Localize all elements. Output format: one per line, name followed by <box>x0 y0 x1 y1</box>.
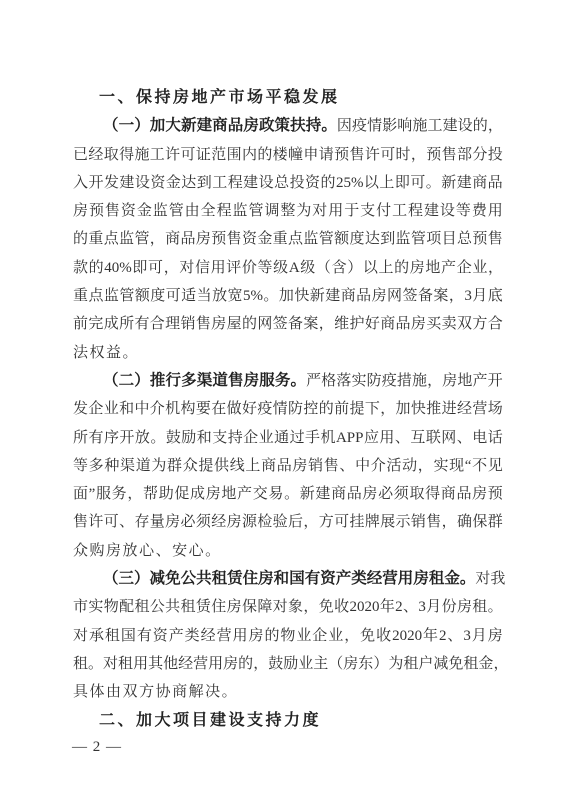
paragraph-char: 年 <box>380 593 395 621</box>
paragraph-char: 住 <box>211 593 226 621</box>
document-body: 一、保持房地产市场平稳发展（一）加大新建商品房政策扶持。因疫情影响施工建设的，已… <box>73 84 503 735</box>
paragraph-lead-char: 新 <box>181 112 197 140</box>
text-line: 发企业和中介机构要在做好疫情防控的前提下，加快推进经营场 <box>73 395 503 423</box>
paragraph-char: 赁 <box>196 593 211 621</box>
paragraph-char: ， <box>303 593 318 621</box>
paragraph-char: 围 <box>227 141 242 169</box>
paragraph-lead-char: 用 <box>398 565 414 593</box>
paragraph-char: 机 <box>165 395 180 423</box>
paragraph-char: 企 <box>88 395 103 423</box>
paragraph-char: 免 <box>360 622 375 650</box>
paragraph-char: 设 <box>440 197 455 225</box>
paragraph-lead-char: 三 <box>119 565 135 593</box>
text-line: 款的40%即可，对信用评价等级A级（含）以上的房地产企业， <box>73 254 503 282</box>
paragraph-char: 用 <box>208 650 223 678</box>
paragraph-char: 免 <box>319 593 334 621</box>
paragraph-char: 收 <box>376 622 391 650</box>
paragraph-char: 成 <box>104 310 119 338</box>
paragraph-char: 心 <box>189 537 204 565</box>
paragraph-char: 。 <box>205 537 220 565</box>
paragraph-char: 售 <box>426 508 441 536</box>
paragraph-lead-char: 行 <box>166 367 182 395</box>
paragraph-char: 众 <box>73 537 88 565</box>
paragraph-char: 即 <box>395 169 410 197</box>
paragraph-char: 品 <box>456 480 471 508</box>
paragraph-char: 申 <box>303 141 318 169</box>
paragraph-char: ， <box>442 508 457 536</box>
paragraph-char: 支 <box>360 197 375 225</box>
paragraph-char: 内 <box>242 141 257 169</box>
paragraph-char: 价 <box>242 254 257 282</box>
paragraph-char: ， <box>344 622 359 650</box>
paragraph-char: 措 <box>397 367 412 395</box>
paragraph-char: 用 <box>328 197 343 225</box>
paragraph-char: 请 <box>319 141 334 169</box>
paragraph-lead-char: 。 <box>460 565 476 593</box>
paragraph-char: 具 <box>73 678 88 706</box>
paragraph-char: 2 <box>395 593 403 621</box>
paragraph-char: 因 <box>337 112 352 140</box>
paragraph-char: 入 <box>73 169 88 197</box>
paragraph-char: 群 <box>488 508 503 536</box>
paragraph-char: 租 <box>134 593 149 621</box>
paragraph-char: 过 <box>290 424 305 452</box>
paragraph-char: 帮 <box>143 480 158 508</box>
paragraph-char: 介 <box>150 395 165 423</box>
paragraph-char: 的 <box>238 650 253 678</box>
paragraph-char: 房 <box>472 480 487 508</box>
page-number: — 2 — <box>72 739 122 756</box>
paragraph-char: 监 <box>396 225 411 253</box>
paragraph-char: 商 <box>380 310 395 338</box>
paragraph-char: 信 <box>195 254 210 282</box>
paragraph-char: 后 <box>288 508 303 536</box>
paragraph-char: 租 <box>181 593 196 621</box>
text-line: 房预售资金监管由全程监管调整为对用于支付工程建设等费用 <box>73 197 503 225</box>
paragraph-char: 预 <box>211 225 226 253</box>
paragraph-char: 挂 <box>349 508 364 536</box>
paragraph-char: 、 <box>403 593 418 621</box>
paragraph-char: 达 <box>365 225 380 253</box>
paragraph-char: 房 <box>165 508 180 536</box>
text-line: 所有序开放。鼓励和支持企业通过手机APP应用、互联网、电话 <box>73 424 503 452</box>
paragraph-char: 楼 <box>273 141 288 169</box>
paragraph-char: 预 <box>488 480 503 508</box>
paragraph-char: 和 <box>119 395 134 423</box>
paragraph-char: 业 <box>328 622 343 650</box>
paragraph-char: 的 <box>394 254 409 282</box>
paragraph-char: 维 <box>334 310 349 338</box>
paragraph-char: 监 <box>303 225 318 253</box>
paragraph-char: ， <box>418 452 433 480</box>
paragraph-char: 由 <box>185 197 200 225</box>
paragraph-char: 租 <box>73 650 88 678</box>
paragraph-char: 情 <box>273 395 288 423</box>
paragraph-char: 响 <box>397 112 412 140</box>
paragraph-char: 成 <box>190 480 205 508</box>
paragraph-char: 牌 <box>365 508 380 536</box>
paragraph-lead-char: ） <box>134 367 150 395</box>
paragraph-char: 在 <box>211 395 226 423</box>
paragraph-char: 品 <box>356 282 371 310</box>
paragraph-char: 、 <box>156 537 171 565</box>
paragraph-char: 户 <box>418 650 433 678</box>
paragraph-char: 格 <box>321 367 336 395</box>
paragraph-char: 租 <box>118 650 133 678</box>
paragraph-char: 须 <box>394 480 409 508</box>
paragraph-char: APP <box>336 424 364 452</box>
paragraph-char: 护 <box>349 310 364 338</box>
paragraph-char: 可 <box>410 169 425 197</box>
paragraph-char: 施 <box>412 367 427 395</box>
paragraph-char: 售 <box>105 197 120 225</box>
paragraph-char: 合 <box>488 310 503 338</box>
paragraph-lead-char: 赁 <box>227 565 243 593</box>
paragraph-lead-char: 国 <box>289 565 305 593</box>
paragraph-char: 房 <box>106 537 121 565</box>
paragraph-char: 疫 <box>352 112 367 140</box>
paragraph-char: 存 <box>134 508 149 536</box>
paragraph-char: 好 <box>242 395 257 423</box>
paragraph-char: 房 <box>362 480 377 508</box>
paragraph-char: 评 <box>226 254 241 282</box>
paragraph-char: 租 <box>472 593 487 621</box>
paragraph-char: 即 <box>132 254 147 282</box>
paragraph-char: 可 <box>166 282 181 310</box>
text-line: 法权益。 <box>73 339 503 367</box>
paragraph-char: 的 <box>473 112 488 140</box>
paragraph-lead-char: 共 <box>196 565 212 593</box>
paragraph-lead-char: 。 <box>291 367 307 395</box>
paragraph-char: 为 <box>151 452 166 480</box>
paragraph-char: 快 <box>294 282 309 310</box>
paragraph-char: 管 <box>134 225 149 253</box>
paragraph-char: 手 <box>305 424 320 452</box>
paragraph-char: 度 <box>150 282 165 310</box>
paragraph-char: 持 <box>228 424 243 452</box>
text-line: 等多种渠道为群众提供线上商品房销售、中介活动，实现“不见 <box>73 452 503 480</box>
paragraph-char: 投 <box>290 169 305 197</box>
paragraph-char: 售 <box>73 508 88 536</box>
paragraph-char: 机 <box>321 424 336 452</box>
paragraph-char: 可 <box>334 508 349 536</box>
paragraph-char: 费 <box>472 197 487 225</box>
paragraph-char: 用 <box>133 650 148 678</box>
paragraph-char: 的 <box>89 254 104 282</box>
paragraph-char: 范 <box>211 141 226 169</box>
paragraph-lead-char: 房 <box>413 565 429 593</box>
paragraph-char: 减 <box>433 650 448 678</box>
paragraph-char: 销 <box>411 508 426 536</box>
paragraph-char: 权 <box>90 339 105 367</box>
paragraph-char: 我 <box>490 565 505 593</box>
paragraph-char: 2 <box>439 622 447 650</box>
text-line: 对承租国有资产类经营用房的物业企业，免收2020年2、3月房 <box>73 622 503 650</box>
paragraph-char: 电 <box>472 424 487 452</box>
paragraph-char: 障 <box>257 593 272 621</box>
paragraph-char: 严 <box>306 367 321 395</box>
paragraph-char: 3 <box>418 593 426 621</box>
paragraph-char: 底 <box>488 282 503 310</box>
paragraph-char: 实 <box>88 593 103 621</box>
paragraph-char: 金 <box>166 169 181 197</box>
paragraph-char: 对 <box>179 254 194 282</box>
paragraph-char: 建 <box>424 197 439 225</box>
paragraph-char: 物 <box>104 593 119 621</box>
paragraph-char: 程 <box>408 197 423 225</box>
paragraph-char: 。 <box>150 424 165 452</box>
paragraph-char: 公 <box>150 593 165 621</box>
paragraph-char: 方 <box>472 310 487 338</box>
paragraph-char: 。 <box>222 678 237 706</box>
paragraph-char: 商 <box>441 480 456 508</box>
paragraph-char: 易 <box>268 480 283 508</box>
paragraph-lead-char: 品 <box>228 112 244 140</box>
paragraph-char: 实 <box>352 367 367 395</box>
paragraph-lead-char: 商 <box>212 112 228 140</box>
paragraph-char: 支 <box>212 424 227 452</box>
paragraph-char: 。 <box>284 480 299 508</box>
paragraph-char: 实 <box>433 452 448 480</box>
paragraph-lead-char: 二 <box>119 367 135 395</box>
paragraph-char: 点 <box>104 225 119 253</box>
paragraph-char: 施 <box>134 141 149 169</box>
paragraph-char: 度 <box>349 225 364 253</box>
paragraph-char: 用 <box>233 622 248 650</box>
paragraph-char: 地 <box>425 254 440 282</box>
paragraph-char: 保 <box>242 593 257 621</box>
paragraph-char: 影 <box>382 112 397 140</box>
paragraph-char: 屋 <box>227 310 242 338</box>
paragraph-char: 决 <box>205 678 220 706</box>
paragraph-char: 验 <box>273 508 288 536</box>
paragraph-char: ， <box>427 367 442 395</box>
paragraph-char: 经 <box>457 395 472 423</box>
paragraph-lead-char: 务 <box>275 367 291 395</box>
paragraph-char: 产 <box>169 622 184 650</box>
paragraph-char: 营 <box>472 395 487 423</box>
paragraph-char: 等 <box>73 452 88 480</box>
paragraph-char: 房 <box>206 480 221 508</box>
paragraph-char: 全 <box>201 197 216 225</box>
paragraph-char: 管 <box>248 197 263 225</box>
paragraph-char: 产 <box>441 254 456 282</box>
paragraph-char: 群 <box>167 452 182 480</box>
paragraph-char: 金 <box>478 650 493 678</box>
paragraph-lead-char: ） <box>134 565 150 593</box>
paragraph-lead-char: 扶 <box>290 112 306 140</box>
paragraph-char: 活 <box>386 452 401 480</box>
paragraph-char: 建 <box>325 282 340 310</box>
paragraph-char: 营 <box>217 622 232 650</box>
paragraph-char: 当 <box>197 282 212 310</box>
paragraph-char: 3 <box>463 622 471 650</box>
paragraph-char: 开 <box>119 424 134 452</box>
paragraph-char: 销 <box>181 310 196 338</box>
paragraph-char: 5% <box>243 282 263 310</box>
paragraph-char: 。 <box>263 282 278 310</box>
paragraph-char: 、 <box>339 452 354 480</box>
paragraph-char: 于 <box>344 197 359 225</box>
paragraph-char: 地 <box>457 367 472 395</box>
paragraph-char: 2020 <box>349 593 379 621</box>
paragraph-char: 重 <box>88 225 103 253</box>
paragraph-char: 控 <box>303 395 318 423</box>
text-line: 的重点监管，商品房预售资金重点监管额度达到监管项目总预售 <box>73 225 503 253</box>
paragraph-char: 示 <box>396 508 411 536</box>
paragraph-char: 部 <box>457 141 472 169</box>
paragraph-char: 双 <box>123 678 138 706</box>
paragraph-lead-char: 和 <box>274 565 290 593</box>
paragraph-char: ， <box>164 254 179 282</box>
paragraph-char: 商 <box>261 452 276 480</box>
paragraph-char: 产 <box>237 480 252 508</box>
paragraph-char: 许 <box>365 141 380 169</box>
paragraph-lead-char: （ <box>103 565 119 593</box>
paragraph-char: 签 <box>273 310 288 338</box>
paragraph-char: 总 <box>457 225 472 253</box>
paragraph-char: 下 <box>365 395 380 423</box>
paragraph-char: 道 <box>136 452 151 480</box>
paragraph-char: 的 <box>73 225 88 253</box>
paragraph-char: 月 <box>472 282 487 310</box>
paragraph-char: 目 <box>442 225 457 253</box>
paragraph-char: 销 <box>308 452 323 480</box>
paragraph-char: 共 <box>165 593 180 621</box>
paragraph-char: 的 <box>242 310 257 338</box>
paragraph-lead-char: 住 <box>243 565 259 593</box>
paragraph-char: 工 <box>427 112 442 140</box>
paragraph-char: 取 <box>104 141 119 169</box>
paragraph-char: 新 <box>310 282 325 310</box>
paragraph-lead-char: 减 <box>150 565 166 593</box>
paragraph-char: 业 <box>259 424 274 452</box>
paragraph-char: 网 <box>257 310 272 338</box>
paragraph-char: 金 <box>257 225 272 253</box>
paragraph-char: 放 <box>135 424 150 452</box>
paragraph-char: 租 <box>105 622 120 650</box>
paragraph-lead-char: 一 <box>119 112 135 140</box>
paragraph-char: 购 <box>90 537 105 565</box>
paragraph-char: 品 <box>396 310 411 338</box>
paragraph-lead-char: （ <box>103 367 119 395</box>
paragraph-lead-char: 公 <box>181 565 197 593</box>
paragraph-lead-char: 加 <box>150 112 166 140</box>
paragraph-char: 用 <box>379 424 394 452</box>
paragraph-char: 设 <box>458 112 473 140</box>
paragraph-char: 年 <box>423 622 438 650</box>
paragraph-char: 商 <box>165 225 180 253</box>
paragraph-char: 和 <box>197 424 212 452</box>
paragraph-char: 份 <box>442 593 457 621</box>
paragraph-char: 前 <box>334 395 349 423</box>
paragraph-char: 前 <box>73 310 88 338</box>
paragraph-lead-char: 售 <box>228 367 244 395</box>
paragraph-char: 开 <box>88 169 103 197</box>
paragraph-char: 40% <box>104 254 132 282</box>
paragraph-char: 达 <box>181 169 196 197</box>
paragraph-char: 经 <box>211 508 226 536</box>
paragraph-char: 宽 <box>228 282 243 310</box>
paragraph-char: 情 <box>367 112 382 140</box>
paragraph-char: 售 <box>227 225 242 253</box>
paragraph-char: 法 <box>73 339 88 367</box>
paragraph-lead-char: 策 <box>275 112 291 140</box>
paragraph-char: 心 <box>139 537 154 565</box>
paragraph-char: 房 <box>227 508 242 536</box>
paragraph-char: 取 <box>409 480 424 508</box>
text-line: （三）减免公共租赁住房和国有资产类经营用房租金。对我 <box>73 565 503 593</box>
paragraph-char: 房 <box>343 650 358 678</box>
paragraph-char: 商 <box>341 282 356 310</box>
paragraph-char: 、 <box>447 622 462 650</box>
paragraph-lead-char: 金 <box>444 565 460 593</box>
paragraph-char: 建 <box>457 169 472 197</box>
paragraph-char: 见 <box>488 452 503 480</box>
paragraph-char: 好 <box>365 310 380 338</box>
paragraph-lead-char: （ <box>103 112 119 140</box>
paragraph-char: 调 <box>264 197 279 225</box>
paragraph-char: 投 <box>488 141 503 169</box>
paragraph-char: 地 <box>221 480 236 508</box>
paragraph-char: 金 <box>137 197 152 225</box>
text-line: 已经取得施工许可证范围内的楼幢申请预售许可时，预售部分投 <box>73 141 503 169</box>
paragraph-char: 疫 <box>257 395 272 423</box>
paragraph-char: 月 <box>472 622 487 650</box>
paragraph-char: 联 <box>426 424 441 452</box>
paragraph-char: 预 <box>426 141 441 169</box>
paragraph-char: 量 <box>150 508 165 536</box>
paragraph-char: 已 <box>73 141 88 169</box>
paragraph-char: 级 <box>273 254 288 282</box>
paragraph-char: 动 <box>402 452 417 480</box>
paragraph-char: 上 <box>378 254 393 282</box>
paragraph-char: 。 <box>123 339 138 367</box>
paragraph-char: ， <box>488 112 503 140</box>
paragraph-char: 售 <box>196 310 211 338</box>
paragraph-char: 他 <box>163 650 178 678</box>
paragraph-char: 对 <box>103 650 118 678</box>
paragraph-char: 励 <box>181 424 196 452</box>
paragraph-char: 场 <box>488 395 503 423</box>
paragraph-lead-char: 营 <box>382 565 398 593</box>
paragraph-char: 用 <box>488 197 503 225</box>
text-line: 重点监管额度可适当放宽5%。加快新建商品房网签备案，3月底 <box>73 282 503 310</box>
paragraph-char: 网 <box>387 282 402 310</box>
paragraph-char: 资 <box>153 622 168 650</box>
paragraph-char: 以 <box>364 169 379 197</box>
paragraph-char: 重 <box>273 225 288 253</box>
paragraph-lead-char: 租 <box>429 565 445 593</box>
paragraph-char: 、 <box>119 508 134 536</box>
paragraph-char: 资 <box>121 197 136 225</box>
paragraph-lead-char: 多 <box>181 367 197 395</box>
paragraph-char: 房 <box>227 593 242 621</box>
paragraph-char: 额 <box>135 282 150 310</box>
paragraph-char: 企 <box>243 424 258 452</box>
text-line: 具体由双方协商解决。 <box>73 678 503 706</box>
paragraph-char: 等 <box>456 197 471 225</box>
paragraph-char: 备 <box>288 310 303 338</box>
paragraph-lead-char: 大 <box>165 112 181 140</box>
paragraph-char: 售 <box>324 452 339 480</box>
paragraph-char: ” <box>89 480 96 508</box>
paragraph-char: 业 <box>298 650 313 678</box>
paragraph-char: 监 <box>104 282 119 310</box>
paragraph-lead-char: 推 <box>150 367 166 395</box>
paragraph-char: 分 <box>472 141 487 169</box>
paragraph-lead-char: 类 <box>351 565 367 593</box>
